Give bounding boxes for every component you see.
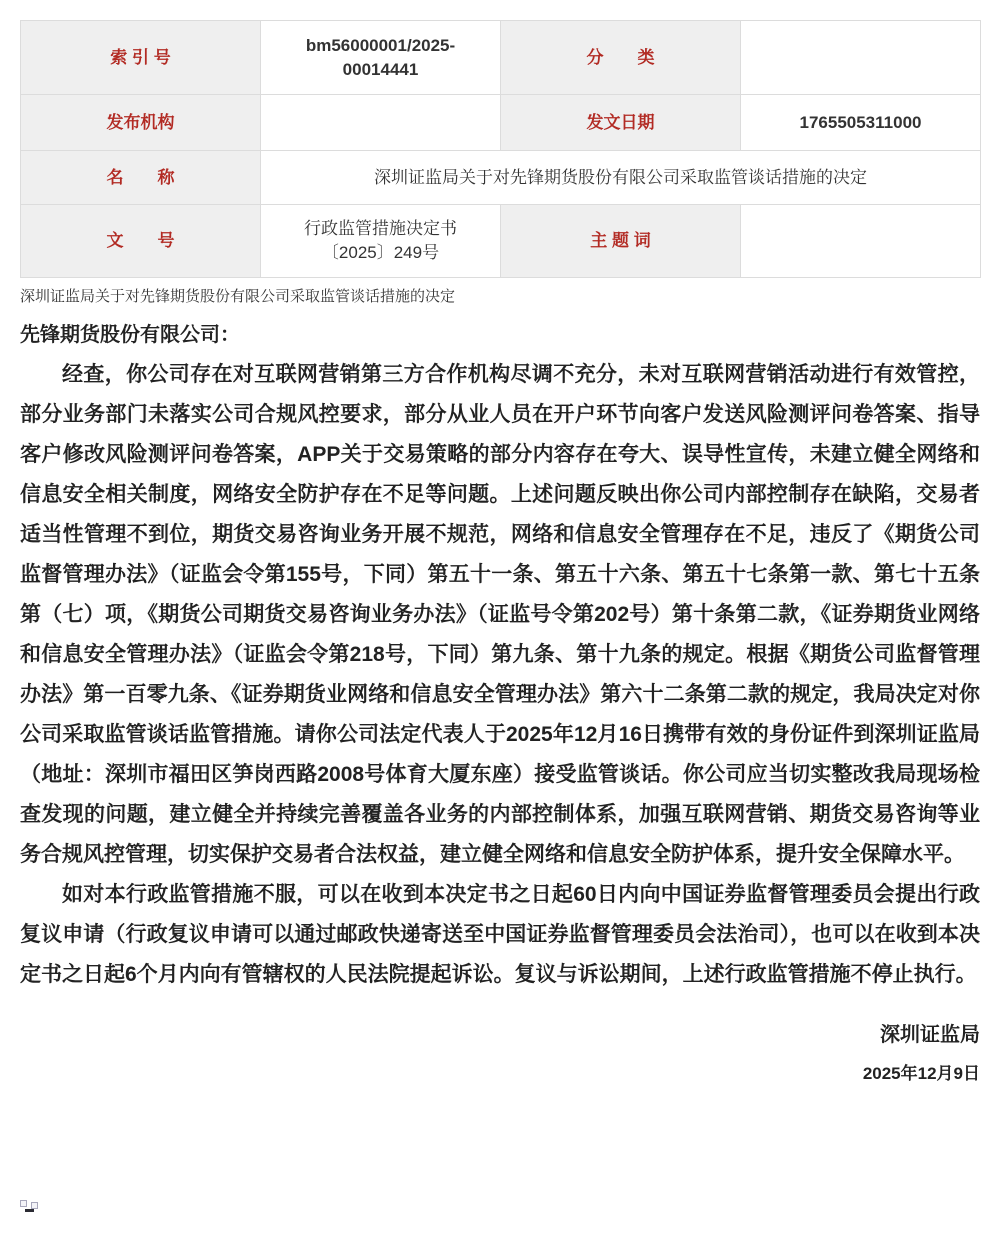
signature-organization: 深圳证监局 <box>20 1023 980 1047</box>
index-number-label: 索 引 号 <box>21 21 261 95</box>
signature-block: 深圳证监局 2025年12月9日 <box>20 1023 980 1085</box>
broken-image-square-right <box>31 1202 38 1209</box>
body-paragraph-2: 如对本行政监管措施不服，可以在收到本决定书之日起60日内向中国证券监督管理委员会… <box>20 875 980 995</box>
doc-number-label: 文 号 <box>21 205 261 278</box>
table-row: 名 称 深圳证监局关于对先锋期货股份有限公司采取监管谈话措施的决定 <box>21 151 981 205</box>
broken-image-square-left <box>20 1200 27 1207</box>
table-row: 索 引 号 bm56000001/2025-00014441 分 类 <box>21 21 981 95</box>
issue-date-value: 1765505311000 <box>741 95 981 151</box>
body-paragraph-1: 经查，你公司存在对互联网营销第三方合作机构尽调不充分，未对互联网营销活动进行有效… <box>20 355 980 875</box>
document-subtitle: 深圳证监局关于对先锋期货股份有限公司采取监管谈话措施的决定 <box>20 287 980 307</box>
index-number-value: bm56000001/2025-00014441 <box>261 21 501 95</box>
broken-image-bar <box>25 1209 34 1212</box>
table-row: 文 号 行政监管措施决定书〔2025〕249号 主 题 词 <box>21 205 981 278</box>
publisher-label: 发布机构 <box>21 95 261 151</box>
addressee-line: 先锋期货股份有限公司： <box>20 320 980 350</box>
name-value: 深圳证监局关于对先锋期货股份有限公司采取监管谈话措施的决定 <box>261 151 981 205</box>
document-page: 索 引 号 bm56000001/2025-00014441 分 类 发布机构 … <box>0 0 1000 1236</box>
name-label: 名 称 <box>21 151 261 205</box>
document-content: 索 引 号 bm56000001/2025-00014441 分 类 发布机构 … <box>0 0 1000 1085</box>
publisher-value <box>261 95 501 151</box>
signature-date: 2025年12月9日 <box>20 1063 980 1085</box>
category-value <box>741 21 981 95</box>
document-meta-table: 索 引 号 bm56000001/2025-00014441 分 类 发布机构 … <box>20 20 981 278</box>
category-label: 分 类 <box>501 21 741 95</box>
broken-image-icon <box>20 1200 39 1212</box>
subject-words-label: 主 题 词 <box>501 205 741 278</box>
table-row: 发布机构 发文日期 1765505311000 <box>21 95 981 151</box>
subject-words-value <box>741 205 981 278</box>
doc-number-value: 行政监管措施决定书〔2025〕249号 <box>261 205 501 278</box>
issue-date-label: 发文日期 <box>501 95 741 151</box>
